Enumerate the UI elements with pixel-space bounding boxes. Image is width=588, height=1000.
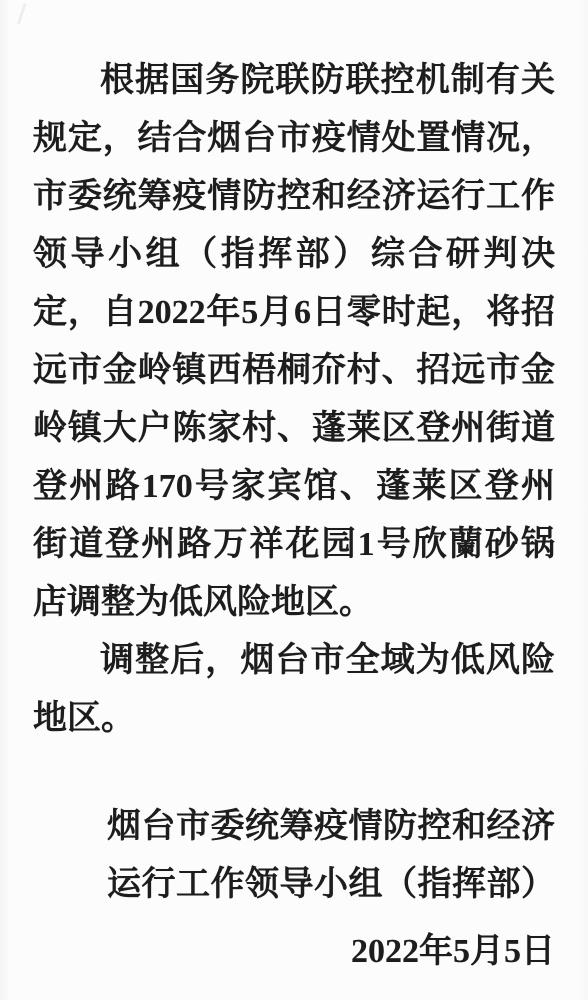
signature-block: 烟台市委统筹疫情防控和经济 运行工作领导小组（指挥部） 2022年5月5日 [33,798,555,981]
paragraph1-line-2: 规定，结合烟台市疫情处置情况， [33,110,555,168]
paragraph1-line-7: 岭镇大户陈家村、蓬莱区登州街道 [33,400,555,458]
paragraph1-line-9: 街道登州路万祥花园1号欣蘭砂锅 [33,516,555,574]
notice-body: 根据国务院联防联控机制有关 规定，结合烟台市疫情处置情况， 市委统筹疫情防控和经… [33,52,555,981]
signature-date: 2022年5月5日 [107,923,555,981]
paragraph1-line-6: 远市金岭镇西梧桐夼村、招远市金 [33,342,555,400]
scan-artifact-mark [17,3,33,27]
paragraph2-line-1: 调整后，烟台市全域为低风险 [33,632,555,690]
document-page: 根据国务院联防联控机制有关 规定，结合烟台市疫情处置情况， 市委统筹疫情防控和经… [0,0,588,1000]
paragraph2-line-2: 地区。 [33,690,555,748]
signature-line-2: 运行工作领导小组（指挥部） [107,856,555,914]
paragraph1-line-5: 定，自2022年5月6日零时起，将招 [33,284,555,342]
paragraph1-line-4: 领导小组（指挥部）综合研判决 [33,226,555,284]
signature-line-1: 烟台市委统筹疫情防控和经济 [107,798,555,856]
paragraph1-line-8: 登州路170号家宾馆、蓬莱区登州 [33,458,555,516]
paragraph1-line-3: 市委统筹疫情防控和经济运行工作 [33,168,555,226]
paragraph1-line-1: 根据国务院联防联控机制有关 [33,52,555,110]
paragraph1-line-10: 店调整为低风险地区。 [33,574,555,632]
